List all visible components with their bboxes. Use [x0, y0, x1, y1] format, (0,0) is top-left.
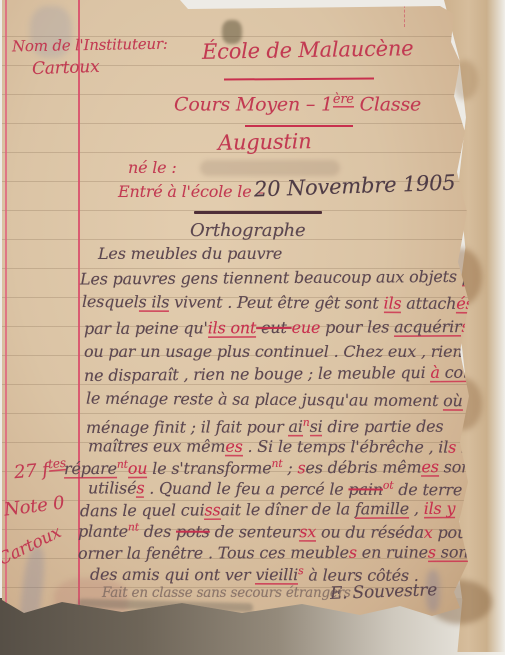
dictation-line: le ménage reste à sa place jusqu'au mome… — [86, 389, 482, 411]
correction-mark: ss — [204, 500, 220, 520]
school-title: École de Malaucène — [202, 36, 414, 64]
dictation-text: le ménage reste à sa place jusqu'au mome… — [86, 389, 443, 410]
dictation-text: pots — [176, 522, 210, 541]
correction-mark: es — [225, 437, 242, 457]
correction-mark: à — [430, 363, 440, 383]
notebook-scan: Nom de l'Instituteur: Cartoux École de M… — [0, 0, 505, 655]
dictation-text: vieilli — [255, 565, 298, 585]
dictation-text: vivent . Peut être gêt sont — [169, 292, 383, 312]
dictation-text: utilisé — [88, 478, 136, 497]
dictation-line: maîtres eux mêmes . Si le temps l'ébrêch… — [88, 436, 475, 456]
correction-mark: sx — [299, 522, 316, 542]
dictation-line: orner la fenêtre . Tous ces meubles en r… — [78, 542, 505, 563]
student-name: Augustin — [218, 129, 312, 155]
dictation-text: de senteur — [210, 522, 300, 541]
dictation-text: des amis qui ont ver — [90, 565, 255, 585]
dictation-text: de terre — [393, 480, 462, 499]
dictation-line: ne disparaît , rien ne bouge ; le meuble… — [84, 362, 505, 385]
correction-mark: ils y — [424, 499, 456, 519]
dictation-text: , — [409, 499, 424, 518]
dictation-text: . Quand le feu a percé le — [144, 479, 348, 499]
dictation-line: Les pauvres gens tiennent beaucoup aux o… — [80, 266, 505, 288]
dictation-text: dans le quel cui — [80, 500, 205, 520]
correction-mark: ot — [383, 479, 394, 492]
dictation-text: le s'transforme — [147, 458, 271, 478]
correction-mark: ils — [384, 294, 402, 314]
correction-mark: s — [448, 438, 456, 457]
dictation-text: en ruine — [357, 543, 428, 562]
dictation-line: ou par un usage plus continuel . Chez eu… — [84, 342, 462, 361]
closing-note: Fait en classe sans secours étrangers — [102, 585, 351, 601]
entry-label: Entré à l'école le – — [118, 182, 264, 201]
correction-mark: s — [349, 543, 357, 562]
dictation-text: pour les — [320, 317, 394, 336]
dictation-text: où — [443, 391, 463, 411]
course-line: Cours Moyen – 1ère Classe — [174, 92, 421, 115]
teacher-label: Nom de l'Instituteur: — [12, 35, 168, 56]
dictation-line: réparentou le s'transforment ; ses débri… — [64, 456, 478, 478]
correction-mark: x — [424, 523, 433, 542]
dictation-text: acquérir — [394, 317, 461, 337]
dictation-text: plante — [78, 522, 128, 541]
notebook-page: Nom de l'Instituteur: Cartoux École de M… — [2, 0, 472, 622]
teacher-name: Cartoux — [32, 57, 100, 79]
dictation-text: famille — [355, 499, 409, 519]
course-suffix: Classe — [354, 93, 421, 115]
dictation-text: si — [310, 417, 323, 437]
dictation-title: Les meubles du pauvre — [98, 244, 282, 263]
correction-mark: s — [428, 543, 436, 563]
top-right-dashed-line — [404, 0, 405, 27]
course-ordinal-sup: ère — [333, 92, 354, 108]
correction-mark: nt — [117, 458, 128, 471]
dictation-text: ait le dîner de la — [220, 499, 355, 519]
dictation-text: ou par un usage plus continuel . Chez eu… — [84, 342, 462, 361]
correction-mark: es — [421, 457, 438, 477]
fault-count-sup: tes — [47, 456, 66, 472]
left-edge-line — [5, 0, 7, 622]
fault-count: 27 ftes — [13, 456, 67, 483]
dictation-line: lesquels ils vivent . Peut être gêt sont… — [82, 292, 474, 313]
dictation-text: pain — [348, 480, 383, 499]
dictation-text: lesquel — [82, 292, 139, 311]
dictation-text: ; — [282, 458, 297, 477]
dictation-text: maîtres eux mêm — [88, 436, 225, 455]
correction-mark: ils ont — [208, 318, 257, 338]
dictation-text: orner la fenêtre . Tous ces meuble — [78, 543, 349, 563]
dictation-text: . Si le temps l'ébrêche , il — [243, 437, 449, 457]
subject-title: Orthographe — [190, 220, 305, 241]
correction-mark: n — [303, 416, 310, 429]
dictation-line: par la peine qu'ils ont eut eue pour les… — [84, 317, 470, 338]
fault-count-number: 27 f — [13, 459, 49, 483]
born-label: né le : — [128, 158, 177, 177]
correction-mark: nt — [128, 520, 139, 533]
dictation-text: s ils — [138, 292, 169, 312]
dictation-line: plantent des pots de senteursx ou du rés… — [78, 520, 475, 542]
correction-mark: nt — [271, 457, 282, 470]
dictation-text: ne disparaît , rien ne bouge ; le meuble… — [84, 363, 431, 385]
dictation-text: ai — [288, 417, 302, 437]
dictation-text: attach — [401, 294, 456, 313]
dictation-line: utilisés . Quand le feu a percé le paino… — [88, 477, 462, 499]
dictation-line: ménage finit ; il fait pour ainsi dire p… — [86, 415, 443, 437]
author-signature: E. Souvestre — [330, 580, 438, 604]
dictation-text: dire partie des — [322, 417, 443, 436]
course-prefix: Cours Moyen – 1 — [174, 93, 333, 115]
dictation-text: Les pauvres gens tiennent beaucoup aux o… — [80, 267, 462, 289]
dictation-text: par la peine qu' — [84, 318, 208, 338]
dictation-text: ou du réséda — [316, 522, 424, 541]
dictation-text: eut — [256, 318, 291, 337]
correction-mark: eue — [292, 318, 321, 337]
dictation-line: dans le quel cuissait le dîner de la fam… — [80, 499, 455, 521]
dictation-text: des — [139, 522, 176, 541]
dictation-text: es débris mêm — [305, 458, 421, 478]
dictation-text: ménage finit ; il fait pour — [86, 417, 289, 437]
correction-mark: ou — [128, 459, 148, 479]
